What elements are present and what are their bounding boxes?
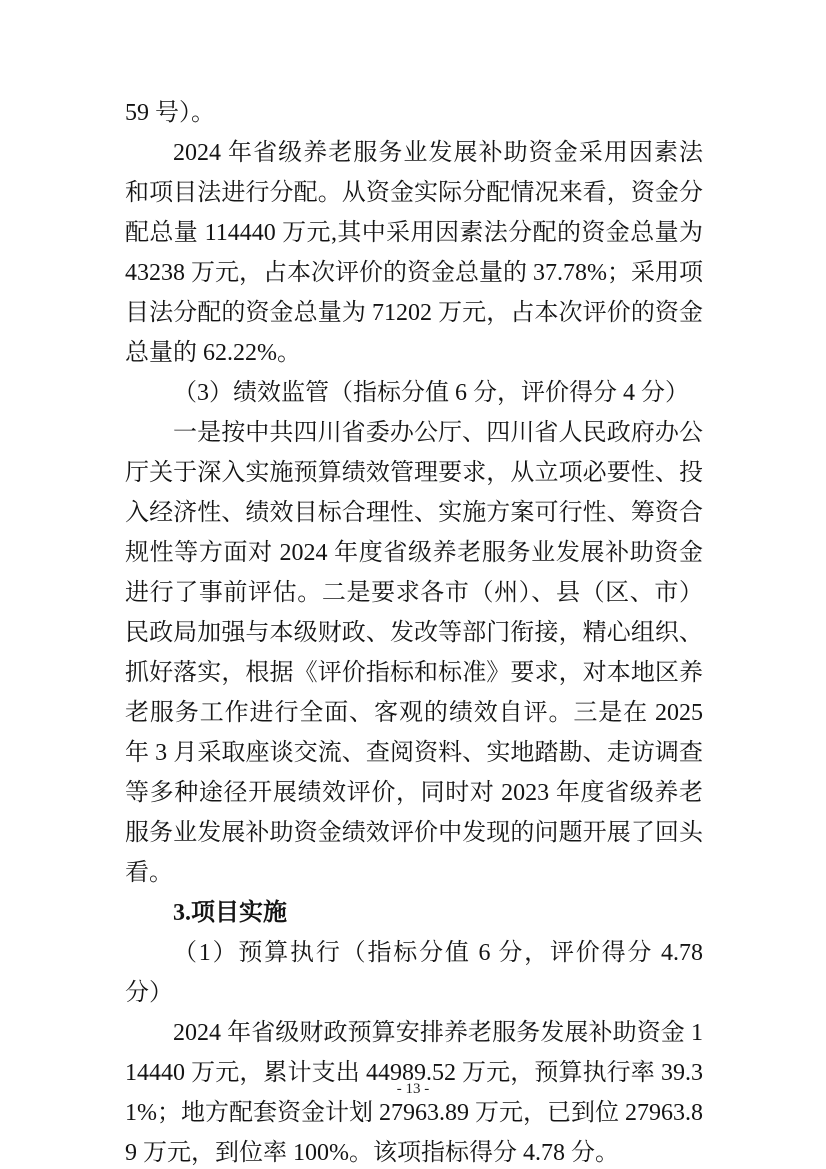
heading-project-implementation: 3.项目实施 [125,893,703,933]
paragraph-supervision-measures: 一是按中共四川省委办公厅、四川省人民政府办公厅关于深入实施预算绩效管理要求，从立… [125,413,703,893]
paragraph-doc-number-continuation: 59 号）。 [125,93,703,133]
paragraph-fund-allocation: 2024 年省级养老服务业发展补助资金采用因素法和项目法进行分配。从资金实际分配… [125,133,703,373]
subheading-performance-supervision: （3）绩效监管（指标分值 6 分，评价得分 4 分） [125,373,703,413]
page-number: - 13 - [0,1078,826,1100]
subheading-budget-execution: （1）预算执行（指标分值 6 分，评价得分 4.78 分） [125,933,703,1013]
document-page: 59 号）。 2024 年省级养老服务业发展补助资金采用因素法和项目法进行分配。… [0,0,826,1169]
page-body-text: 59 号）。 2024 年省级养老服务业发展补助资金采用因素法和项目法进行分配。… [125,93,703,1169]
